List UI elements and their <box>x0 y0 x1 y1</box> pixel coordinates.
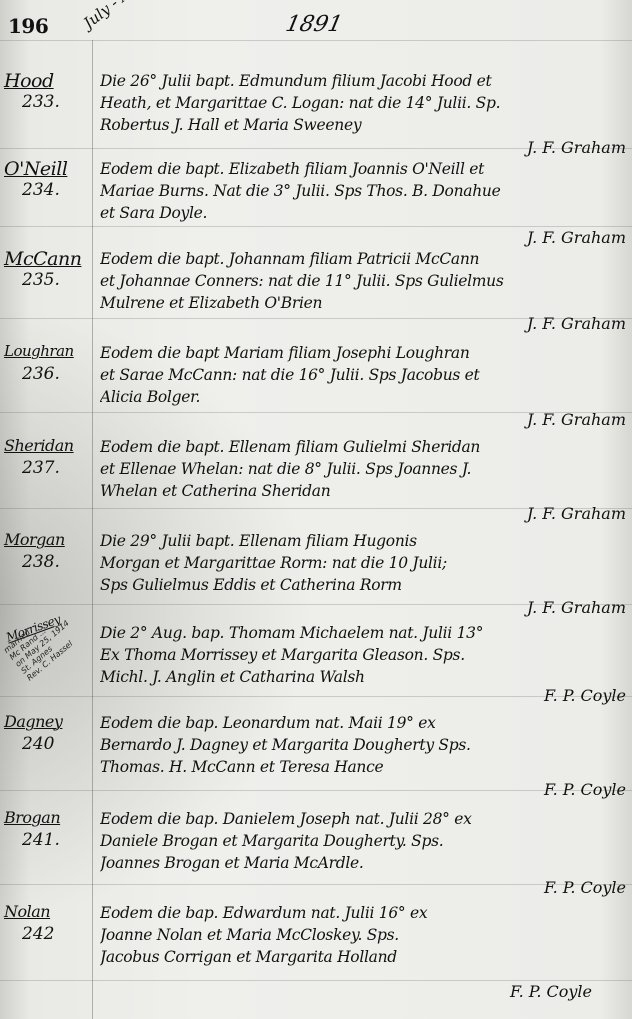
entry-text: Eodem die bap. Leonardum nat. Maii 19° e… <box>100 712 628 778</box>
ruled-line <box>0 696 632 697</box>
priest-signature: F. P. Coyle <box>544 780 626 799</box>
entry-number: 238. <box>22 552 60 572</box>
entry-line: Eodem die bap. Danielem Joseph nat. Juli… <box>100 808 628 830</box>
entry-line: Joanne Nolan et Maria McCloskey. Sps. <box>100 924 628 946</box>
ruled-line <box>0 226 632 227</box>
entry-number: 242 <box>22 924 54 944</box>
entry-surname: Brogan <box>4 808 92 827</box>
entry-line: Eodem die bap. Edwardum nat. Julii 16° e… <box>100 902 628 924</box>
entry-line: Eodem die bapt. Ellenam filiam Gulielmi … <box>100 436 628 458</box>
priest-signature: F. P. Coyle <box>544 878 626 897</box>
entry-line: Thomas. H. McCann et Teresa Hance <box>100 756 628 778</box>
entry-number: 241. <box>22 830 60 850</box>
months-heading: July - Aug <box>80 0 149 32</box>
entry-surname: Sheridan <box>4 436 92 455</box>
entry-surname: Dagney <box>4 712 92 731</box>
entry-line: Joannes Brogan et Maria McArdle. <box>100 852 628 874</box>
entry-line: et Ellenae Whelan: nat die 8° Julii. Sps… <box>100 458 628 480</box>
entry-number: 233. <box>22 92 60 112</box>
entry-line: Die 26° Julii bapt. Edmundum filium Jaco… <box>100 70 628 92</box>
entry-number: 236. <box>22 364 60 384</box>
entry-text: Die 26° Julii bapt. Edmundum filium Jaco… <box>100 70 628 136</box>
entry-line: Eodem die bapt. Johannam filiam Patricii… <box>100 248 628 270</box>
entry-line: et Sara Doyle. <box>100 202 628 224</box>
entry-line: et Sarae McCann: nat die 16° Julii. Sps … <box>100 364 628 386</box>
entry-text: Eodem die bapt Mariam filiam Josephi Lou… <box>100 342 628 408</box>
entry-line: Robertus J. Hall et Maria Sweeney <box>100 114 628 136</box>
priest-signature: J. F. Graham <box>527 504 626 523</box>
entry-surname: Nolan <box>4 902 92 921</box>
register-page: 196 July - Aug 1891 Hood 233. Die 26° Ju… <box>0 0 632 1019</box>
page-number: 196 <box>8 14 48 38</box>
entry-line: Eodem die bapt. Elizabeth filiam Joannis… <box>100 158 628 180</box>
priest-signature: J. F. Graham <box>527 314 626 333</box>
entry-line: Michl. J. Anglin et Catharina Walsh <box>100 666 628 688</box>
entry-text: Eodem die bapt. Johannam filiam Patricii… <box>100 248 628 314</box>
entry-line: Eodem die bapt Mariam filiam Josephi Lou… <box>100 342 628 364</box>
entry-line: et Johannae Conners: nat die 11° Julii. … <box>100 270 628 292</box>
ruled-line <box>0 980 632 981</box>
entry-text: Eodem die bap. Edwardum nat. Julii 16° e… <box>100 902 628 968</box>
entry-text: Die 2° Aug. bap. Thomam Michaelem nat. J… <box>100 622 628 688</box>
priest-signature: J. F. Graham <box>527 410 626 429</box>
ruled-line <box>0 884 632 885</box>
entry-surname: Morgan <box>4 530 92 549</box>
priest-signature: F. P. Coyle <box>544 686 626 705</box>
entry-line: Sps Gulielmus Eddis et Catherina Rorm <box>100 574 628 596</box>
entry-line: Mulrene et Elizabeth O'Brien <box>100 292 628 314</box>
entry-line: Bernardo J. Dagney et Margarita Doughert… <box>100 734 628 756</box>
entry-number: 237. <box>22 458 60 478</box>
year-heading: 1891 <box>283 12 344 37</box>
entry-number: 234. <box>22 180 60 200</box>
entry-line: Jacobus Corrigan et Margarita Holland <box>100 946 628 968</box>
ruled-line <box>0 40 632 41</box>
entry-text: Eodem die bapt. Elizabeth filiam Joannis… <box>100 158 628 224</box>
entry-line: Morgan et Margarittae Rorm: nat die 10 J… <box>100 552 628 574</box>
entry-surname: McCann <box>4 248 92 270</box>
entry-text: Die 29° Julii bapt. Ellenam filiam Hugon… <box>100 530 628 596</box>
entry-line: Die 2° Aug. bap. Thomam Michaelem nat. J… <box>100 622 628 644</box>
entry-line: Die 29° Julii bapt. Ellenam filiam Hugon… <box>100 530 628 552</box>
entry-surname: Hood <box>4 70 92 92</box>
entry-number: 240 <box>22 734 54 754</box>
entry-line: Whelan et Catherina Sheridan <box>100 480 628 502</box>
entry-text: Eodem die bap. Danielem Joseph nat. Juli… <box>100 808 628 874</box>
entry-surname: Loughran <box>4 342 92 360</box>
entry-line: Daniele Brogan et Margarita Dougherty. S… <box>100 830 628 852</box>
priest-signature: J. F. Graham <box>527 138 626 157</box>
priest-signature: J. F. Graham <box>527 228 626 247</box>
priest-signature: F. P. Coyle <box>510 982 592 1001</box>
entry-line: Alicia Bolger. <box>100 386 628 408</box>
ruled-line <box>0 790 632 791</box>
entry-line: Ex Thoma Morrissey et Margarita Gleason.… <box>100 644 628 666</box>
entry-surname: O'Neill <box>4 158 92 180</box>
entry-number: 235. <box>22 270 60 290</box>
entry-line: Eodem die bap. Leonardum nat. Maii 19° e… <box>100 712 628 734</box>
margin-line <box>92 40 93 1019</box>
entry-text: Eodem die bapt. Ellenam filiam Gulielmi … <box>100 436 628 502</box>
entry-line: Heath, et Margarittae C. Logan: nat die … <box>100 92 628 114</box>
entry-line: Mariae Burns. Nat die 3° Julii. Sps Thos… <box>100 180 628 202</box>
priest-signature: J. F. Graham <box>527 598 626 617</box>
